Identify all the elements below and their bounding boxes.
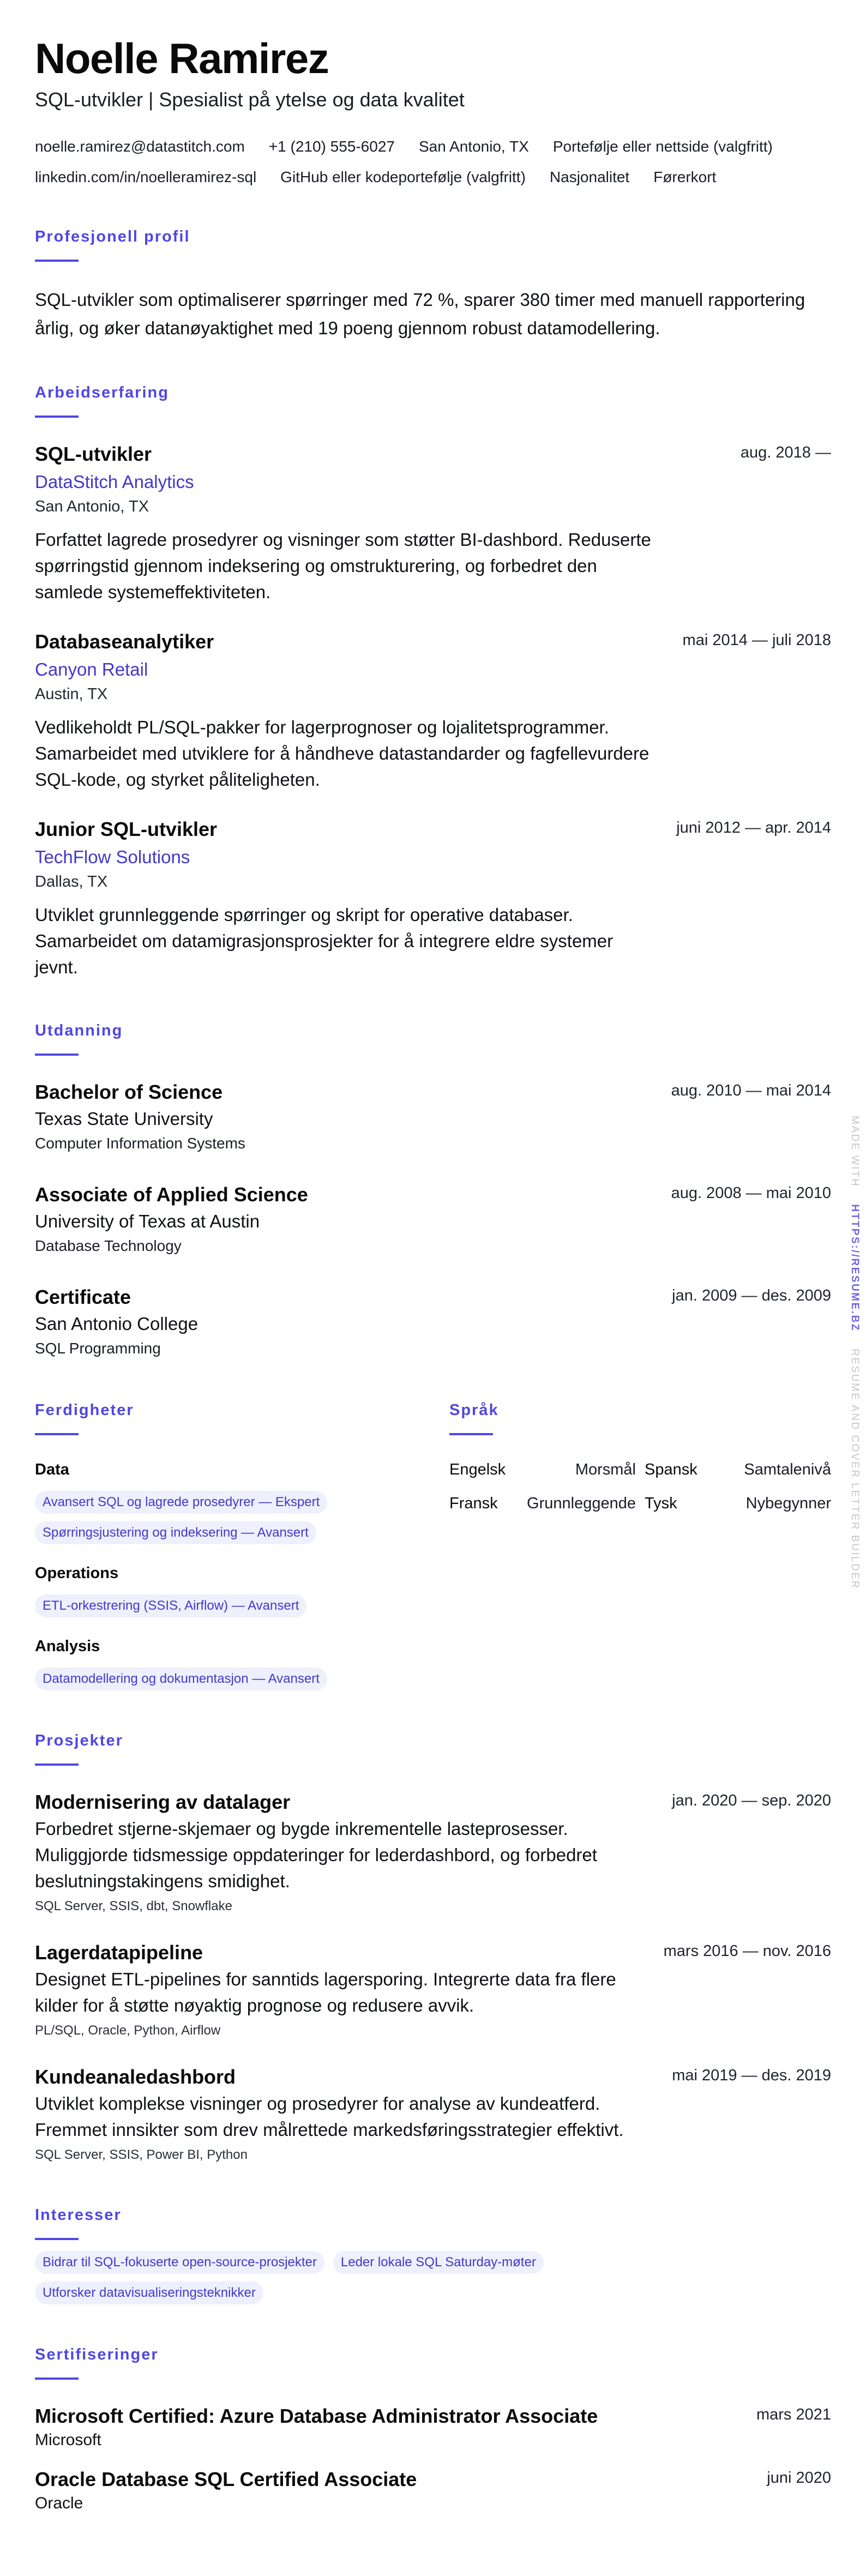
education-entry: Associate of Applied Science aug. 2008 —… (35, 1182, 831, 1257)
contact-linkedin[interactable]: linkedin.com/in/noelleramirez-sql (35, 168, 256, 186)
project-name: Kundeanaledashbord (35, 2065, 236, 2090)
job-location: Dallas, TX (35, 870, 831, 893)
section-title: Profesjonell profil (35, 227, 831, 246)
field-of-study: SQL Programming (35, 1337, 831, 1360)
language-level: Nybegynner (746, 1493, 831, 1514)
section-title: Sertifiseringer (35, 2345, 831, 2364)
candidate-headline: SQL-utvikler | Spesialist på ytelse og d… (35, 87, 831, 112)
section-interests: Interesser Bidrar til SQL-fokuserte open… (35, 2205, 831, 2304)
section-divider (35, 260, 79, 262)
skill-group-title: Data (35, 1459, 449, 1480)
language-name: Spansk (645, 1459, 697, 1480)
section-certifications: Sertifiseringer Microsoft Certified: Azu… (35, 2345, 831, 2515)
language-level: Morsmål (575, 1459, 636, 1480)
skills-languages-row: Ferdigheter Data Avansert SQL og lagrede… (35, 1400, 831, 1690)
project-tech: PL/SQL, Oracle, Python, Airflow (35, 2021, 831, 2041)
skill-chips: Avansert SQL og lagrede prosedyrer — Eks… (35, 1491, 449, 1544)
field-of-study: Computer Information Systems (35, 1132, 831, 1155)
job-dates: aug. 2018 — (741, 442, 831, 464)
interest-chips: Bidrar til SQL-fokuserte open-source-pro… (35, 2251, 635, 2304)
contact-email[interactable]: noelle.ramirez@datastitch.com (35, 137, 245, 156)
skill-chip: ETL-orkestrering (SSIS, Airflow) — Avans… (35, 1594, 306, 1617)
project-tech: SQL Server, SSIS, Power BI, Python (35, 2145, 831, 2165)
section-divider (35, 1433, 79, 1435)
section-experience: Arbeidserfaring SQL-utvikler aug. 2018 —… (35, 383, 831, 980)
job-description: Forfattet lagrede prosedyrer og visninge… (35, 527, 651, 605)
candidate-name: Noelle Ramirez (35, 34, 831, 83)
contact-list: noelle.ramirez@datastitch.com +1 (210) 5… (35, 137, 831, 186)
project-description: Utviklet komplekse visninger og prosedyr… (35, 2091, 651, 2143)
skill-chip: Datamodellering og dokumentasjon — Avans… (35, 1668, 327, 1690)
project-dates: mai 2019 — des. 2019 (672, 2065, 831, 2086)
project-entry: Lagerdatapipeline mars 2016 — nov. 2016 … (35, 1940, 831, 2041)
project-entry: Modernisering av datalager jan. 2020 — s… (35, 1790, 831, 1916)
section-projects: Prosjekter Modernisering av datalager ja… (35, 1731, 831, 2165)
skill-groups: Data Avansert SQL og lagrede prosedyrer … (35, 1459, 449, 1690)
skill-chip: Avansert SQL og lagrede prosedyrer — Eks… (35, 1491, 327, 1514)
certification-name: Microsoft Certified: Azure Database Admi… (35, 2404, 598, 2429)
certification-issuer: Oracle (35, 2492, 831, 2515)
resume-page: Noelle Ramirez SQL-utvikler | Spesialist… (0, 0, 866, 2515)
job-title: Databaseanalytiker (35, 629, 214, 654)
certification-date: juni 2020 (767, 2467, 831, 2489)
job-dates: mai 2014 — juli 2018 (683, 629, 831, 651)
company-name: TechFlow Solutions (35, 844, 831, 870)
job-dates: juni 2012 — apr. 2014 (676, 817, 831, 839)
education-dates: aug. 2008 — mai 2010 (671, 1182, 831, 1204)
skill-chips: ETL-orkestrering (SSIS, Airflow) — Avans… (35, 1594, 449, 1617)
project-tech: SQL Server, SSIS, dbt, Snowflake (35, 1897, 831, 1916)
job-location: Austin, TX (35, 683, 831, 706)
section-languages: Språk Engelsk Morsmål Spansk Samtalenivå… (449, 1400, 831, 1690)
project-description: Forbedret stjerne-skjemaer og bygde inkr… (35, 1816, 651, 1894)
section-divider (35, 1054, 79, 1056)
contact-github[interactable]: GitHub eller kodeportefølje (valgfritt) (280, 168, 526, 186)
builder-watermark: Made with https://resume.bz Resume and c… (845, 1116, 864, 1579)
section-title: Språk (449, 1400, 831, 1420)
section-title: Utdanning (35, 1021, 831, 1040)
language-name: Engelsk (449, 1459, 506, 1480)
language-name: Tysk (645, 1493, 677, 1514)
degree: Certificate (35, 1285, 131, 1310)
language-name: Fransk (449, 1493, 498, 1514)
interest-chip: Leder lokale SQL Saturday-møter (333, 2251, 544, 2274)
contact-drivers-license: Førerkort (653, 168, 716, 186)
education-entry: Certificate jan. 2009 — des. 2009 San An… (35, 1285, 831, 1360)
watermark-prefix: Made with (849, 1116, 861, 1187)
company-name: Canyon Retail (35, 657, 831, 683)
language-item: Tysk Nybegynner (645, 1493, 831, 1514)
skill-group-title: Analysis (35, 1636, 449, 1657)
project-list: Modernisering av datalager jan. 2020 — s… (35, 1790, 831, 2165)
section-divider (449, 1433, 493, 1435)
job-title: SQL-utvikler (35, 442, 152, 467)
section-title: Arbeidserfaring (35, 383, 831, 402)
language-item: Spansk Samtalenivå (645, 1459, 831, 1480)
skill-chips: Datamodellering og dokumentasjon — Avans… (35, 1668, 449, 1690)
section-title: Interesser (35, 2205, 831, 2225)
certification-issuer: Microsoft (35, 2429, 831, 2452)
skill-group-title: Operations (35, 1563, 449, 1584)
job-title: Junior SQL-utvikler (35, 817, 217, 842)
section-title: Ferdigheter (35, 1400, 449, 1420)
job-description: Vedlikeholdt PL/SQL-pakker for lagerprog… (35, 714, 651, 793)
language-item: Fransk Grunnleggende (449, 1493, 636, 1514)
project-name: Modernisering av datalager (35, 1790, 290, 1815)
skill-chip: Spørringsjustering og indeksering — Avan… (35, 1521, 316, 1544)
field-of-study: Database Technology (35, 1235, 831, 1257)
job-location: San Antonio, TX (35, 495, 831, 518)
watermark-suffix: Resume and cover letter builder (849, 1349, 861, 1590)
experience-entry: Databaseanalytiker mai 2014 — juli 2018 … (35, 629, 831, 793)
certification-name: Oracle Database SQL Certified Associate (35, 2467, 417, 2492)
experience-list: SQL-utvikler aug. 2018 — DataStitch Anal… (35, 442, 831, 980)
education-dates: jan. 2009 — des. 2009 (672, 1285, 831, 1307)
language-level: Samtalenivå (744, 1459, 831, 1480)
certification-list: Microsoft Certified: Azure Database Admi… (35, 2404, 831, 2515)
contact-phone[interactable]: +1 (210) 555-6027 (269, 137, 395, 156)
certification-date: mars 2021 (756, 2404, 831, 2425)
contact-portfolio[interactable]: Portefølje eller nettside (valgfritt) (553, 137, 773, 156)
degree: Associate of Applied Science (35, 1182, 308, 1207)
education-entry: Bachelor of Science aug. 2010 — mai 2014… (35, 1080, 831, 1155)
resume-header: Noelle Ramirez SQL-utvikler | Spesialist… (35, 34, 831, 186)
section-divider (35, 2378, 79, 2380)
contact-location: San Antonio, TX (419, 137, 529, 156)
company-name: DataStitch Analytics (35, 469, 831, 495)
school-name: San Antonio College (35, 1311, 831, 1337)
contact-nationality: Nasjonalitet (550, 168, 629, 186)
experience-entry: SQL-utvikler aug. 2018 — DataStitch Anal… (35, 442, 831, 605)
school-name: Texas State University (35, 1106, 831, 1132)
project-entry: Kundeanaledashbord mai 2019 — des. 2019 … (35, 2065, 831, 2165)
project-description: Designet ETL-pipelines for sanntids lage… (35, 1966, 651, 2019)
profile-summary: SQL-utvikler som optimaliserer spørringe… (35, 286, 809, 342)
interest-chip: Utforsker datavisualiseringsteknikker (35, 2282, 263, 2304)
language-list: Engelsk Morsmål Spansk Samtalenivå Frans… (449, 1459, 831, 1514)
section-title: Prosjekter (35, 1731, 831, 1750)
education-dates: aug. 2010 — mai 2014 (671, 1080, 831, 1102)
section-profile: Profesjonell profil SQL-utvikler som opt… (35, 227, 831, 342)
degree: Bachelor of Science (35, 1080, 222, 1105)
section-divider (35, 416, 79, 418)
school-name: University of Texas at Austin (35, 1208, 831, 1235)
watermark-link[interactable]: https://resume.bz (849, 1204, 861, 1332)
section-skills: Ferdigheter Data Avansert SQL og lagrede… (35, 1400, 449, 1690)
section-divider (35, 1764, 79, 1766)
certification-entry: Microsoft Certified: Azure Database Admi… (35, 2404, 831, 2452)
language-item: Engelsk Morsmål (449, 1459, 636, 1480)
experience-entry: Junior SQL-utvikler juni 2012 — apr. 201… (35, 817, 831, 980)
education-list: Bachelor of Science aug. 2010 — mai 2014… (35, 1080, 831, 1360)
project-name: Lagerdatapipeline (35, 1940, 203, 1965)
project-dates: mars 2016 — nov. 2016 (664, 1940, 831, 1962)
project-dates: jan. 2020 — sep. 2020 (672, 1790, 831, 1811)
job-description: Utviklet grunnleggende spørringer og skr… (35, 902, 651, 980)
certification-entry: Oracle Database SQL Certified Associate … (35, 2467, 831, 2515)
section-education: Utdanning Bachelor of Science aug. 2010 … (35, 1021, 831, 1360)
interest-chip: Bidrar til SQL-fokuserte open-source-pro… (35, 2251, 324, 2274)
language-level: Grunnleggende (527, 1493, 636, 1514)
section-divider (35, 2238, 79, 2240)
